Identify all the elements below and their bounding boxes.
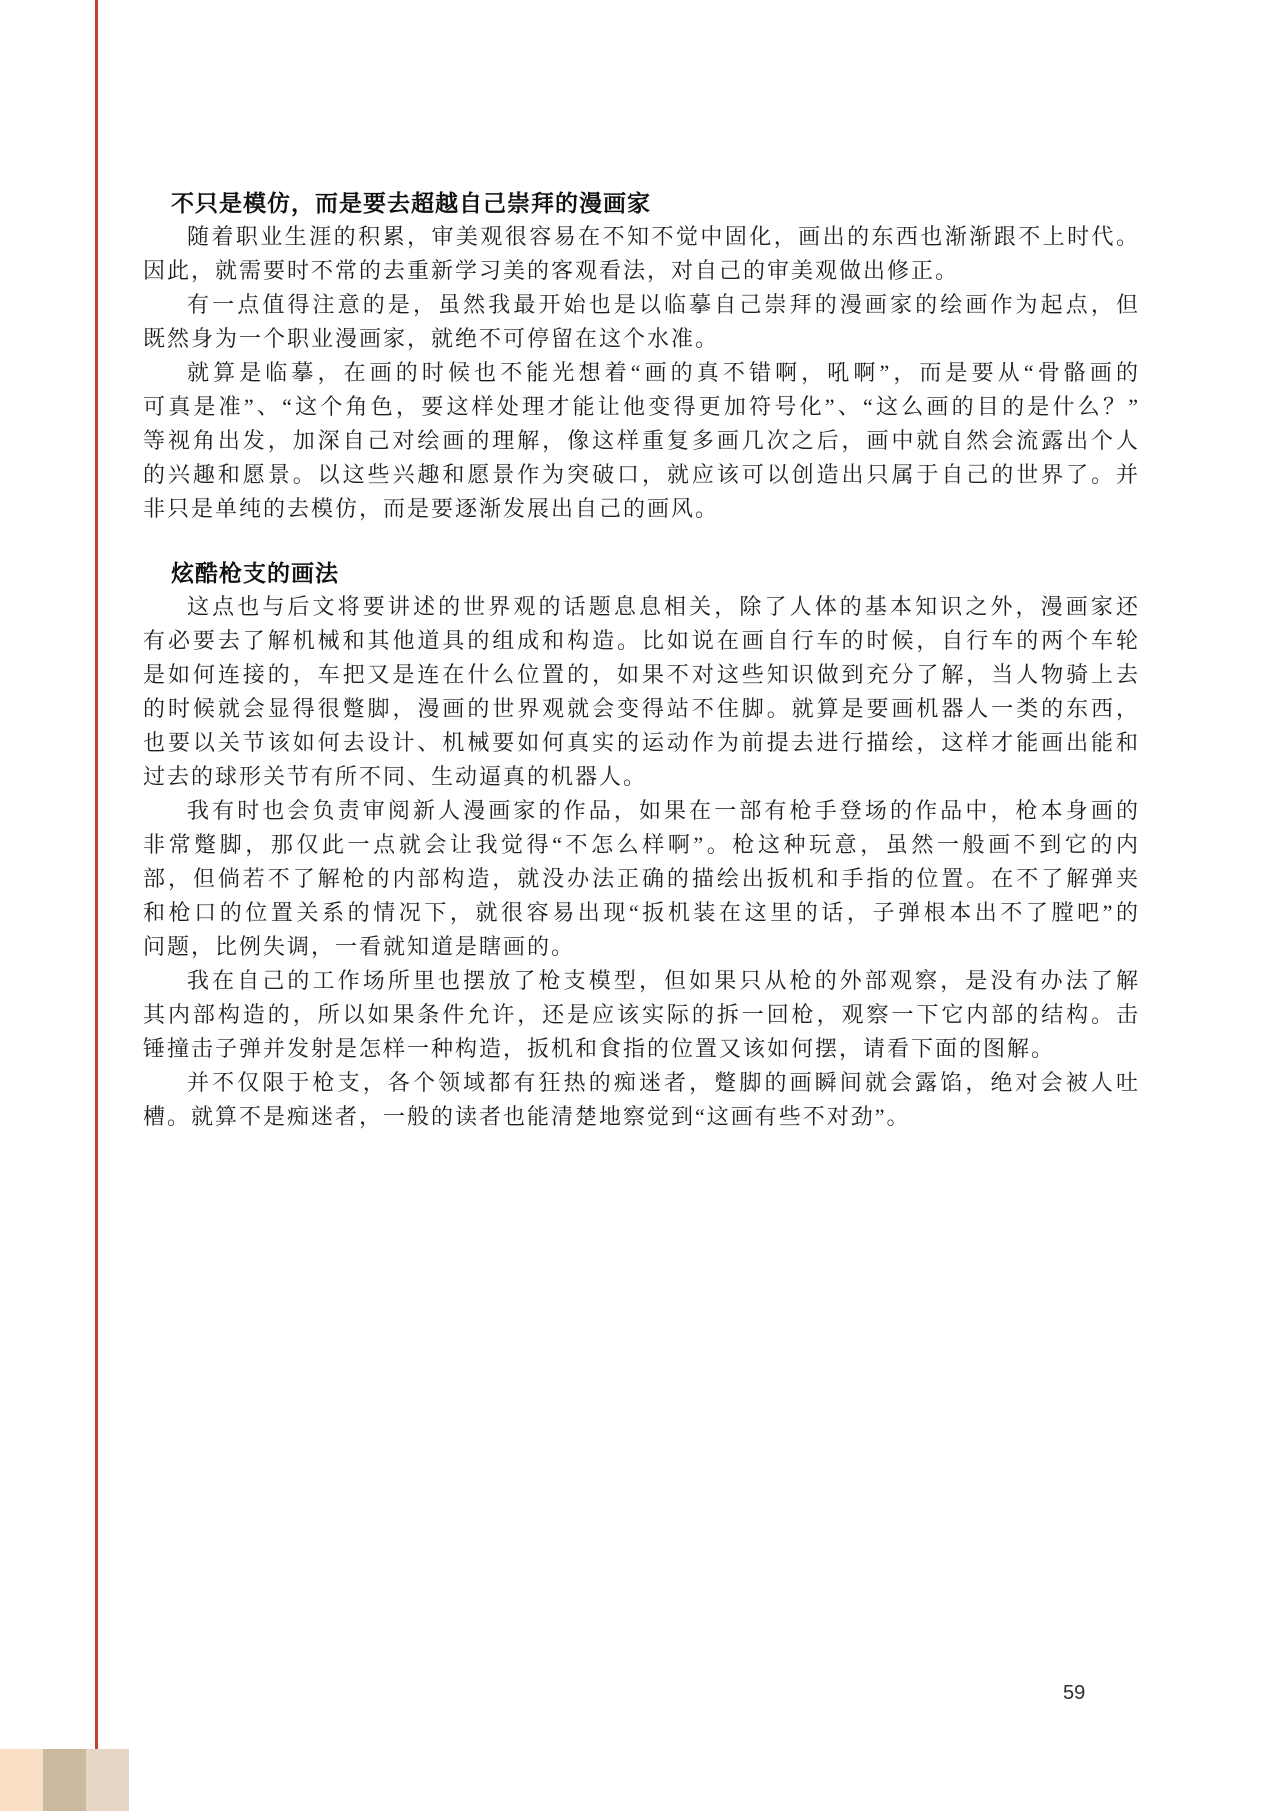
paragraph-line: 非只是单纯的去模仿，而是要逐渐发展出自己的画风。 bbox=[143, 492, 1140, 526]
paragraph: 有一点值得注意的是，虽然我最开始也是以临摹自己崇拜的漫画家的绘画作为起点，但既然… bbox=[143, 288, 1140, 356]
paragraph-line: 锤撞击子弹并发射是怎样一种构造，扳机和食指的位置又该如何摆，请看下面的图解。 bbox=[143, 1032, 1140, 1066]
paragraph-line: 既然身为一个职业漫画家，就绝不可停留在这个水准。 bbox=[143, 322, 1140, 356]
paragraph-line: 随着职业生涯的积累，审美观很容易在不知不觉中固化，画出的东西也渐渐跟不上时代。 bbox=[143, 220, 1140, 254]
book-page: 不只是模仿，而是要去超越自己崇拜的漫画家随着职业生涯的积累，审美观很容易在不知不… bbox=[0, 0, 1280, 1811]
footer-color-square bbox=[86, 1749, 129, 1811]
paragraph: 就算是临摹，在画的时候也不能光想着“画的真不错啊，吼啊”，而是要从“骨骼画的可真… bbox=[143, 356, 1140, 526]
paragraph-line: 我有时也会负责审阅新人漫画家的作品，如果在一部有枪手登场的作品中，枪本身画的 bbox=[143, 794, 1140, 828]
footer-color-square bbox=[0, 1749, 43, 1811]
paragraph-line: 部，但倘若不了解枪的内部构造，就没办法正确的描绘出扳机和手指的位置。在不了解弹夹 bbox=[143, 862, 1140, 896]
paragraph: 我有时也会负责审阅新人漫画家的作品，如果在一部有枪手登场的作品中，枪本身画的非常… bbox=[143, 794, 1140, 964]
paragraph-line: 问题，比例失调，一看就知道是瞎画的。 bbox=[143, 930, 1140, 964]
paragraph-line: 非常蹩脚，那仅此一点就会让我觉得“不怎么样啊”。枪这种玩意，虽然一般画不到它的内 bbox=[143, 828, 1140, 862]
paragraph-line: 可真是准”、“这个角色，要这样处理才能让他变得更加符号化”、“这么画的目的是什么… bbox=[143, 390, 1140, 424]
paragraph-line: 和枪口的位置关系的情况下，就很容易出现“扳机装在这里的话，子弹根本出不了膛吧”的 bbox=[143, 896, 1140, 930]
page-number: 59 bbox=[1063, 1682, 1085, 1705]
paragraph-line: 这点也与后文将要讲述的世界观的话题息息相关，除了人体的基本知识之外，漫画家还 bbox=[143, 590, 1140, 624]
footer-color-squares bbox=[0, 1749, 129, 1811]
paragraph-line: 也要以关节该如何去设计、机械要如何真实的运动作为前提去进行描绘，这样才能画出能和 bbox=[143, 726, 1140, 760]
paragraph-line: 其内部构造的，所以如果条件允许，还是应该实际的拆一回枪，观察一下它内部的结构。击 bbox=[143, 998, 1140, 1032]
section-heading: 炫酷枪支的画法 bbox=[143, 556, 1140, 590]
left-margin-rule bbox=[95, 0, 98, 1811]
paragraph-line: 是如何连接的，车把又是连在什么位置的，如果不对这些知识做到充分了解，当人物骑上去 bbox=[143, 658, 1140, 692]
paragraph: 并不仅限于枪支，各个领域都有狂热的痴迷者，蹩脚的画瞬间就会露馅，绝对会被人吐槽。… bbox=[143, 1066, 1140, 1134]
paragraph-line: 槽。就算不是痴迷者，一般的读者也能清楚地察觉到“这画有些不对劲”。 bbox=[143, 1100, 1140, 1134]
paragraph: 我在自己的工作场所里也摆放了枪支模型，但如果只从枪的外部观察，是没有办法了解其内… bbox=[143, 964, 1140, 1066]
paragraph-line: 我在自己的工作场所里也摆放了枪支模型，但如果只从枪的外部观察，是没有办法了解 bbox=[143, 964, 1140, 998]
paragraph-line: 过去的球形关节有所不同、生动逼真的机器人。 bbox=[143, 760, 1140, 794]
paragraph: 随着职业生涯的积累，审美观很容易在不知不觉中固化，画出的东西也渐渐跟不上时代。因… bbox=[143, 220, 1140, 288]
paragraph-line: 并不仅限于枪支，各个领域都有狂热的痴迷者，蹩脚的画瞬间就会露馅，绝对会被人吐 bbox=[143, 1066, 1140, 1100]
paragraph-line: 的兴趣和愿景。以这些兴趣和愿景作为突破口，就应该可以创造出只属于自己的世界了。并 bbox=[143, 458, 1140, 492]
text-column: 不只是模仿，而是要去超越自己崇拜的漫画家随着职业生涯的积累，审美观很容易在不知不… bbox=[143, 186, 1140, 1134]
paragraph-line: 的时候就会显得很蹩脚，漫画的世界观就会变得站不住脚。就算是要画机器人一类的东西， bbox=[143, 692, 1140, 726]
paragraph-line: 有必要去了解机械和其他道具的组成和构造。比如说在画自行车的时候，自行车的两个车轮 bbox=[143, 624, 1140, 658]
section-heading: 不只是模仿，而是要去超越自己崇拜的漫画家 bbox=[143, 186, 1140, 220]
paragraph-line: 有一点值得注意的是，虽然我最开始也是以临摹自己崇拜的漫画家的绘画作为起点，但 bbox=[143, 288, 1140, 322]
paragraph-line: 等视角出发，加深自己对绘画的理解，像这样重复多画几次之后，画中就自然会流露出个人 bbox=[143, 424, 1140, 458]
footer-color-square bbox=[43, 1749, 86, 1811]
paragraph-line: 因此，就需要时不常的去重新学习美的客观看法，对自己的审美观做出修正。 bbox=[143, 254, 1140, 288]
paragraph-line: 就算是临摹，在画的时候也不能光想着“画的真不错啊，吼啊”，而是要从“骨骼画的 bbox=[143, 356, 1140, 390]
paragraph: 这点也与后文将要讲述的世界观的话题息息相关，除了人体的基本知识之外，漫画家还有必… bbox=[143, 590, 1140, 794]
